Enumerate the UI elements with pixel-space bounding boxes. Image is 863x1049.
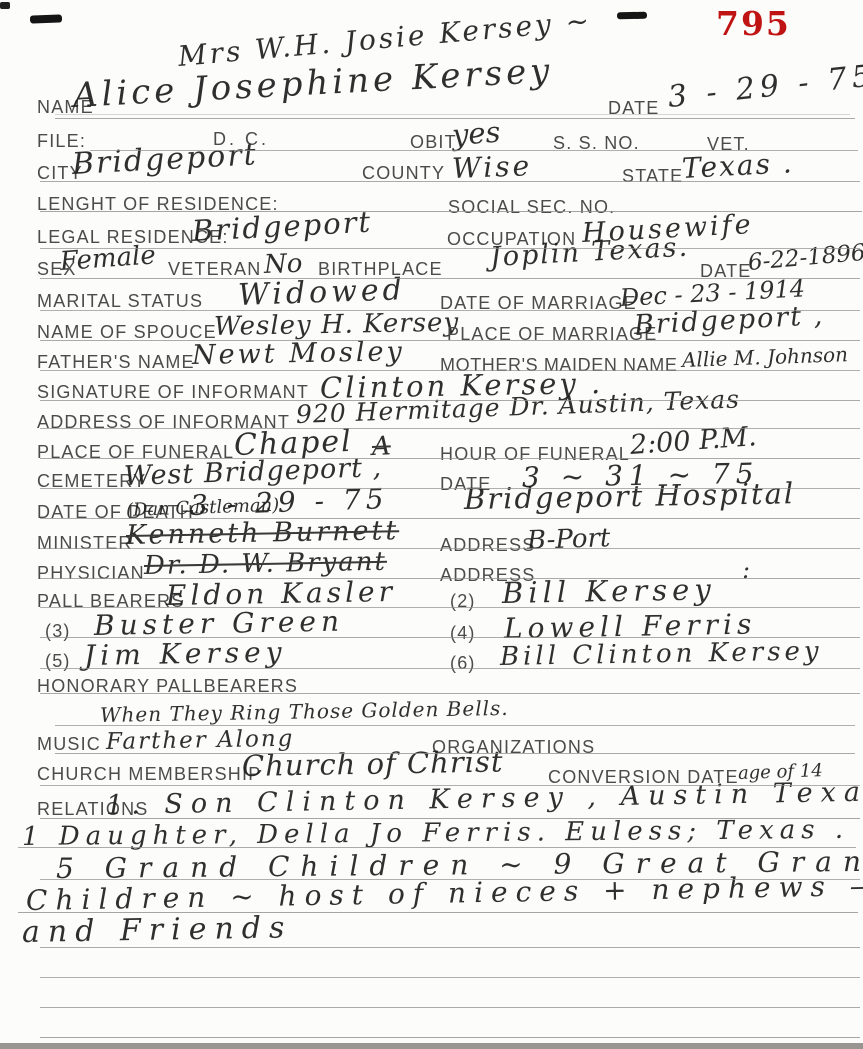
minister-label: MINISTER	[37, 533, 133, 554]
place-of-death-value: Bridgeport Hospital	[464, 476, 796, 516]
form-rule-line	[40, 637, 860, 638]
county-value: Wise	[451, 149, 532, 185]
form-rule-line	[40, 879, 860, 880]
form-rule-line	[40, 977, 860, 978]
scan-bottom-edge	[0, 1043, 863, 1049]
obit-value: yes	[451, 115, 502, 152]
form-rule-line	[40, 458, 860, 459]
pall-bearer-5: Jim Kersey	[84, 635, 287, 672]
pall-bearer-2-number: (2)	[450, 591, 476, 612]
scan-artifact-speck	[0, 2, 10, 9]
state-value: Texas .	[681, 146, 794, 185]
form-rule-line	[40, 310, 860, 311]
social-sec-no-label: SOCIAL SEC. NO.	[448, 197, 615, 218]
form-rule-line	[40, 248, 860, 249]
form-rule-line	[18, 912, 858, 913]
funeral-record-scan: 795 Mrs W.H. Josie Kersey ~ NAME Alice J…	[0, 0, 863, 1049]
church-membership-label: CHURCH MEMBERSHIP	[37, 764, 261, 785]
form-rule-line	[40, 181, 860, 182]
form-rule-line	[40, 548, 860, 549]
form-rule-line	[40, 518, 860, 519]
form-rule-line	[40, 607, 860, 608]
form-rule-line	[90, 150, 858, 151]
pall-bearer-6-number: (6)	[450, 653, 476, 674]
form-rule-line	[18, 847, 856, 848]
form-rule-line	[40, 578, 860, 579]
pall-bearer-6: Bill Clinton Kersey	[500, 636, 823, 672]
relations-line5: and Friends	[22, 910, 293, 950]
form-rule-line	[40, 1007, 860, 1008]
form-rule-line	[40, 818, 860, 819]
form-rule-line	[40, 211, 862, 212]
redaction-dash-left	[30, 14, 62, 23]
form-rule-line	[40, 428, 860, 429]
minister-address-value: B-Port	[526, 523, 610, 556]
church-membership-value: Church of Christ	[242, 744, 504, 783]
page-number: 795	[716, 4, 791, 43]
sex-value: Female	[59, 240, 157, 277]
city-value: Bridgeport	[71, 137, 258, 182]
form-rule-line	[40, 1037, 860, 1038]
mothers-maiden-name-value: Allie M. Johnson	[682, 342, 849, 372]
form-rule-line	[40, 488, 860, 489]
form-rule-line	[40, 947, 860, 948]
record-date-value: 3 - 29 - 75	[666, 58, 863, 115]
physician-label: PHYSICIAN	[37, 563, 145, 584]
form-rule-line	[40, 785, 860, 786]
minister-value: Kenneth Burnett	[126, 515, 400, 551]
music-line1: When They Ring Those Golden Bells.	[100, 696, 509, 727]
form-rule-line	[55, 725, 855, 726]
record-date-label: DATE	[608, 98, 659, 119]
form-rule-line	[40, 370, 860, 371]
fathers-name-value: Newt Mosley	[192, 336, 405, 371]
place-of-marriage-label: PLACE OF MARRIAGE	[447, 324, 657, 345]
form-rule-line	[40, 693, 860, 694]
physician-address-artifact: :	[742, 556, 751, 584]
form-rule-line	[40, 400, 860, 401]
form-rule-line	[55, 118, 855, 119]
form-rule-line	[55, 114, 850, 115]
form-rule-line	[55, 753, 855, 754]
form-rule-line	[40, 278, 860, 279]
form-rule-line	[40, 340, 860, 341]
minister-address-label: ADDRESS	[440, 535, 535, 556]
redaction-dash-right	[617, 12, 647, 20]
form-rule-line	[40, 668, 860, 669]
pall-bearer-4-number: (4)	[450, 623, 476, 644]
state-label: STATE	[622, 166, 683, 187]
marital-status-label: MARITAL STATUS	[37, 291, 203, 312]
birth-date-value: 6-22-1896	[747, 240, 863, 276]
music-label: MUSIC	[37, 734, 101, 755]
pall-bearer-3-number: (3)	[45, 621, 71, 642]
